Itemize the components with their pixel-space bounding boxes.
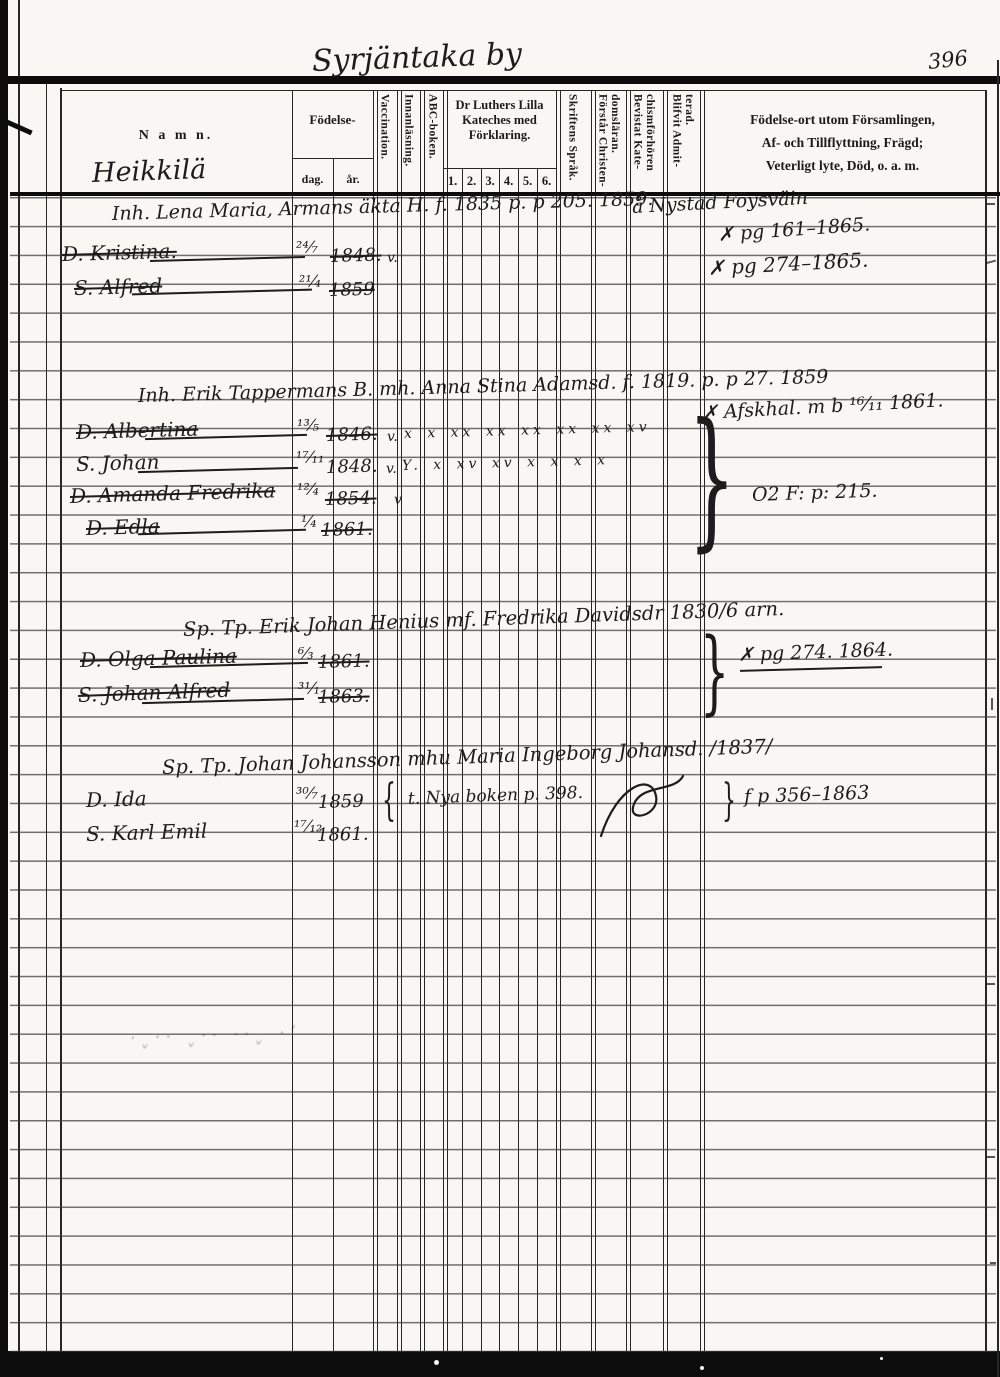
ink-stroke	[740, 666, 882, 672]
col-header-skriftens-sprak: Skriftens Språk.	[566, 94, 579, 195]
kateches-subcol-1: 1.	[443, 174, 462, 189]
person-name-entry: S. Alfred	[74, 274, 163, 300]
person-name-entry: S. Karl Emil	[86, 819, 208, 846]
kateches-subcol-6: 6.	[537, 174, 556, 189]
kateches-subcol-5: 5.	[518, 174, 537, 189]
col-header-abc-boken: ABC-boken.	[426, 94, 439, 195]
birth-year-entry: 1861.	[318, 651, 370, 673]
margin-note-entry: ✗ Afskhal. m b ¹⁶⁄₁₁ 1861.	[701, 389, 944, 424]
col-header-fodelseort-anteckningar: Födelse-ort utom Församlingen, Af- och T…	[700, 108, 985, 177]
scan-edge-mark	[986, 1156, 995, 1158]
pen-flourish	[595, 772, 687, 844]
grid-line	[443, 90, 448, 1352]
top-rule-band	[0, 76, 1000, 84]
surname-script: Heikkilä	[91, 154, 206, 189]
margin-note-entry: ✗ pg 274–1865.	[707, 248, 869, 280]
grid-line	[556, 90, 561, 1352]
col-header-ar: år.	[333, 172, 373, 187]
person-name-entry: D. Kristina.	[62, 239, 177, 266]
birth-year-entry: 1846.	[326, 424, 378, 446]
scan-speck	[880, 1357, 883, 1360]
grouping-brace: }	[722, 780, 736, 822]
col-header-forstar-christendomslaran: Förstår Christen- domsläran.	[596, 94, 621, 195]
catechism-marks: Y. x xv xv x x x x	[402, 452, 610, 474]
col-header-blifvit-admitterad: Blifvit Admit- terad.	[670, 94, 695, 195]
kateches-subcol-2: 2.	[462, 174, 481, 189]
person-name-entry: D. Edla	[86, 514, 160, 540]
left-scan-edge	[0, 0, 8, 1377]
grid-line	[397, 90, 402, 1352]
margin-note-entry: ✗ pg 161–1865.	[717, 213, 871, 246]
family-header-entry: Sp. Tp. Erik Johan Henius mf. Fredrika D…	[183, 597, 785, 641]
margin-note-entry: ✗ pg 274. 1864.	[738, 639, 894, 666]
grid-line	[60, 90, 987, 91]
scan-edge-mark	[986, 203, 995, 205]
vaccination-mark: v	[394, 492, 402, 508]
margin-note-entry: O2 F: p: 215.	[752, 480, 878, 506]
left-margin-inner-line	[46, 84, 47, 1354]
col-header-kateches: Dr Luthers Lilla Kateches med Förklaring…	[443, 98, 556, 143]
scanned-church-record-page: Syrjäntaka by 396 N a m n. Heikkilä Föde…	[0, 0, 1000, 1377]
scan-speck	[700, 1366, 704, 1370]
grouping-brace: {	[382, 780, 396, 822]
birth-day-entry: ⁶⁄₃	[298, 644, 314, 663]
col-header-innanlasning: Innanläsning.	[402, 94, 415, 195]
col-header-vaccination: Vaccination.	[378, 94, 391, 195]
birth-year-entry: 1863.	[318, 686, 370, 708]
person-name-entry: D. Albertina	[76, 417, 199, 444]
ink-stroke	[138, 529, 306, 535]
col-header-dag: dag.	[292, 172, 333, 187]
vaccination-mark: v.	[387, 250, 398, 266]
birth-year-entry: 1859	[318, 791, 364, 813]
col-header-namn: N a m n.	[60, 128, 292, 144]
grid-line	[292, 158, 373, 159]
grid-line	[626, 90, 631, 1352]
person-name-entry: D. Ida	[86, 786, 147, 812]
birth-year-entry: 1859	[329, 279, 375, 301]
col-header-fodelse: Födelse-	[292, 112, 373, 128]
faint-smudge-entry: ·ˬ·· ˬ·· ··ˬ ·ʼ	[130, 1022, 301, 1049]
birth-year-entry: 1861.	[321, 519, 373, 541]
col-header-bevistat-katechismforhoren: Bevistat Kate- chismförhören	[631, 94, 656, 195]
grouping-brace: }	[700, 628, 729, 716]
ruled-lines	[10, 197, 996, 1352]
birth-day-entry: ²⁴⁄₇	[296, 237, 318, 257]
grid-line	[60, 88, 62, 1352]
birth-year-entry: 1861.	[317, 824, 369, 846]
birth-year-entry: 1848.	[326, 456, 378, 478]
grid-line	[292, 90, 293, 1352]
catechism-marks: x x xx xx xx xx xx xv	[404, 419, 651, 442]
grid-line	[443, 168, 556, 169]
birth-year-entry: 1854.	[325, 488, 377, 510]
ink-stroke	[138, 467, 298, 473]
vaccination-mark: v.	[387, 429, 398, 445]
kateches-subcol-4: 4.	[499, 174, 518, 189]
scan-edge-mark	[990, 1262, 996, 1264]
vaccination-mark: v.	[386, 461, 397, 477]
margin-note-entry: f p 356–1863	[744, 782, 870, 808]
birth-day-entry: ¹³⁄₅	[297, 415, 319, 435]
grid-line	[997, 60, 999, 1377]
birth-day-entry: ³⁰⁄₇	[296, 783, 318, 803]
bottom-scan-band	[0, 1351, 1000, 1377]
kateches-subcol-3: 3.	[481, 174, 499, 189]
left-margin-line	[18, 0, 20, 1377]
grouping-brace: }	[688, 408, 736, 550]
grid-line	[985, 90, 987, 1352]
scan-speck	[434, 1360, 439, 1365]
scan-edge-mark	[991, 698, 993, 710]
scan-edge-mark	[987, 983, 995, 985]
grid-line	[420, 90, 425, 1352]
page-title-script: Syrjäntaka by	[311, 37, 522, 79]
page-number: 396	[927, 46, 969, 74]
grid-line	[663, 90, 668, 1352]
birth-day-entry: ¹²⁄₄	[297, 479, 319, 499]
grid-line	[591, 90, 596, 1352]
person-name-entry: D. Amanda Fredrika	[70, 478, 276, 508]
birth-year-entry: 1848.	[330, 245, 382, 267]
birth-day-entry: ¹⁷⁄₁₁	[296, 447, 325, 467]
